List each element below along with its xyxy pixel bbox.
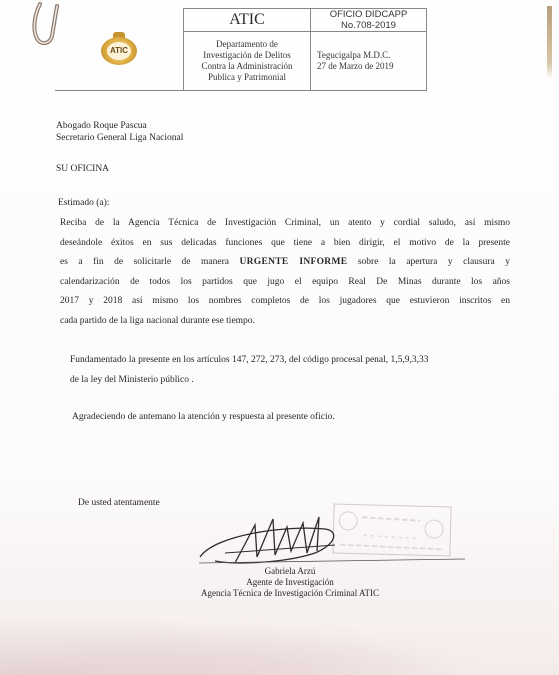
page-edge-shadow — [547, 6, 552, 78]
recipient-office: SU OFICINA — [56, 163, 109, 175]
greeting: Estimado (a): — [58, 197, 109, 209]
body-line-request: es a fin de solicitarle de manera URGENT… — [60, 253, 510, 273]
org-title: ATIC — [184, 9, 311, 32]
body-line: calendarización de todos los partidos qu… — [60, 273, 510, 293]
recipient-block: Abogado Roque Pascua Secretario General … — [56, 120, 183, 144]
logo-cell: ATIC — [55, 9, 184, 91]
urgent-informe: URGENTE INFORME — [239, 257, 347, 267]
atic-logo-icon: ATIC — [98, 31, 140, 67]
place: Tegucigalpa M.D.C. — [317, 50, 426, 61]
recipient-name: Abogado Roque Pascua — [56, 120, 183, 132]
signatory-name: Gabriela Arzú — [160, 566, 420, 577]
signatory-role: Agente de Investigación — [160, 577, 420, 588]
place-date: Tegucigalpa M.D.C. 27 de Marzo de 2019 — [311, 32, 427, 91]
signatory-block: Gabriela Arzú Agente de Investigación Ag… — [160, 566, 420, 599]
signatory-agency: Agencia Técnica de Investigación Crimina… — [160, 588, 420, 599]
recipient-title: Secretario General Liga Nacional — [56, 132, 183, 144]
closing: De usted atentamente — [78, 497, 160, 509]
oficio-label: OFICIO DIDCAPP — [311, 9, 426, 20]
legal-basis: Fundamentado la presente en los artículo… — [70, 350, 429, 390]
body-line: cada partido de la liga nacional durante… — [60, 312, 510, 332]
letterhead-table: ATIC ATIC OFICIO DIDCAPP No.708-2019 Dep… — [55, 8, 427, 91]
scanned-document-page: ATIC ATIC OFICIO DIDCAPP No.708-2019 Dep… — [0, 0, 559, 675]
oficio-reference: OFICIO DIDCAPP No.708-2019 — [311, 9, 427, 32]
thanks-line: Agradeciendo de antemano la atención y r… — [72, 411, 335, 423]
body-line: 2017 y 2018 así mismo los nombres comple… — [60, 292, 510, 312]
body-line: Reciba de la Agencia Técnica de Investig… — [60, 214, 510, 234]
body-line: deseándole éxitos en sus delicadas funci… — [60, 234, 510, 254]
date: 27 de Marzo de 2019 — [317, 61, 426, 72]
department-name: Departamento de Investigación de Delitos… — [184, 32, 311, 91]
body-paragraph: Reciba de la Agencia Técnica de Investig… — [60, 214, 510, 331]
signature-icon — [195, 505, 465, 575]
oficio-number: No.708-2019 — [311, 20, 426, 31]
